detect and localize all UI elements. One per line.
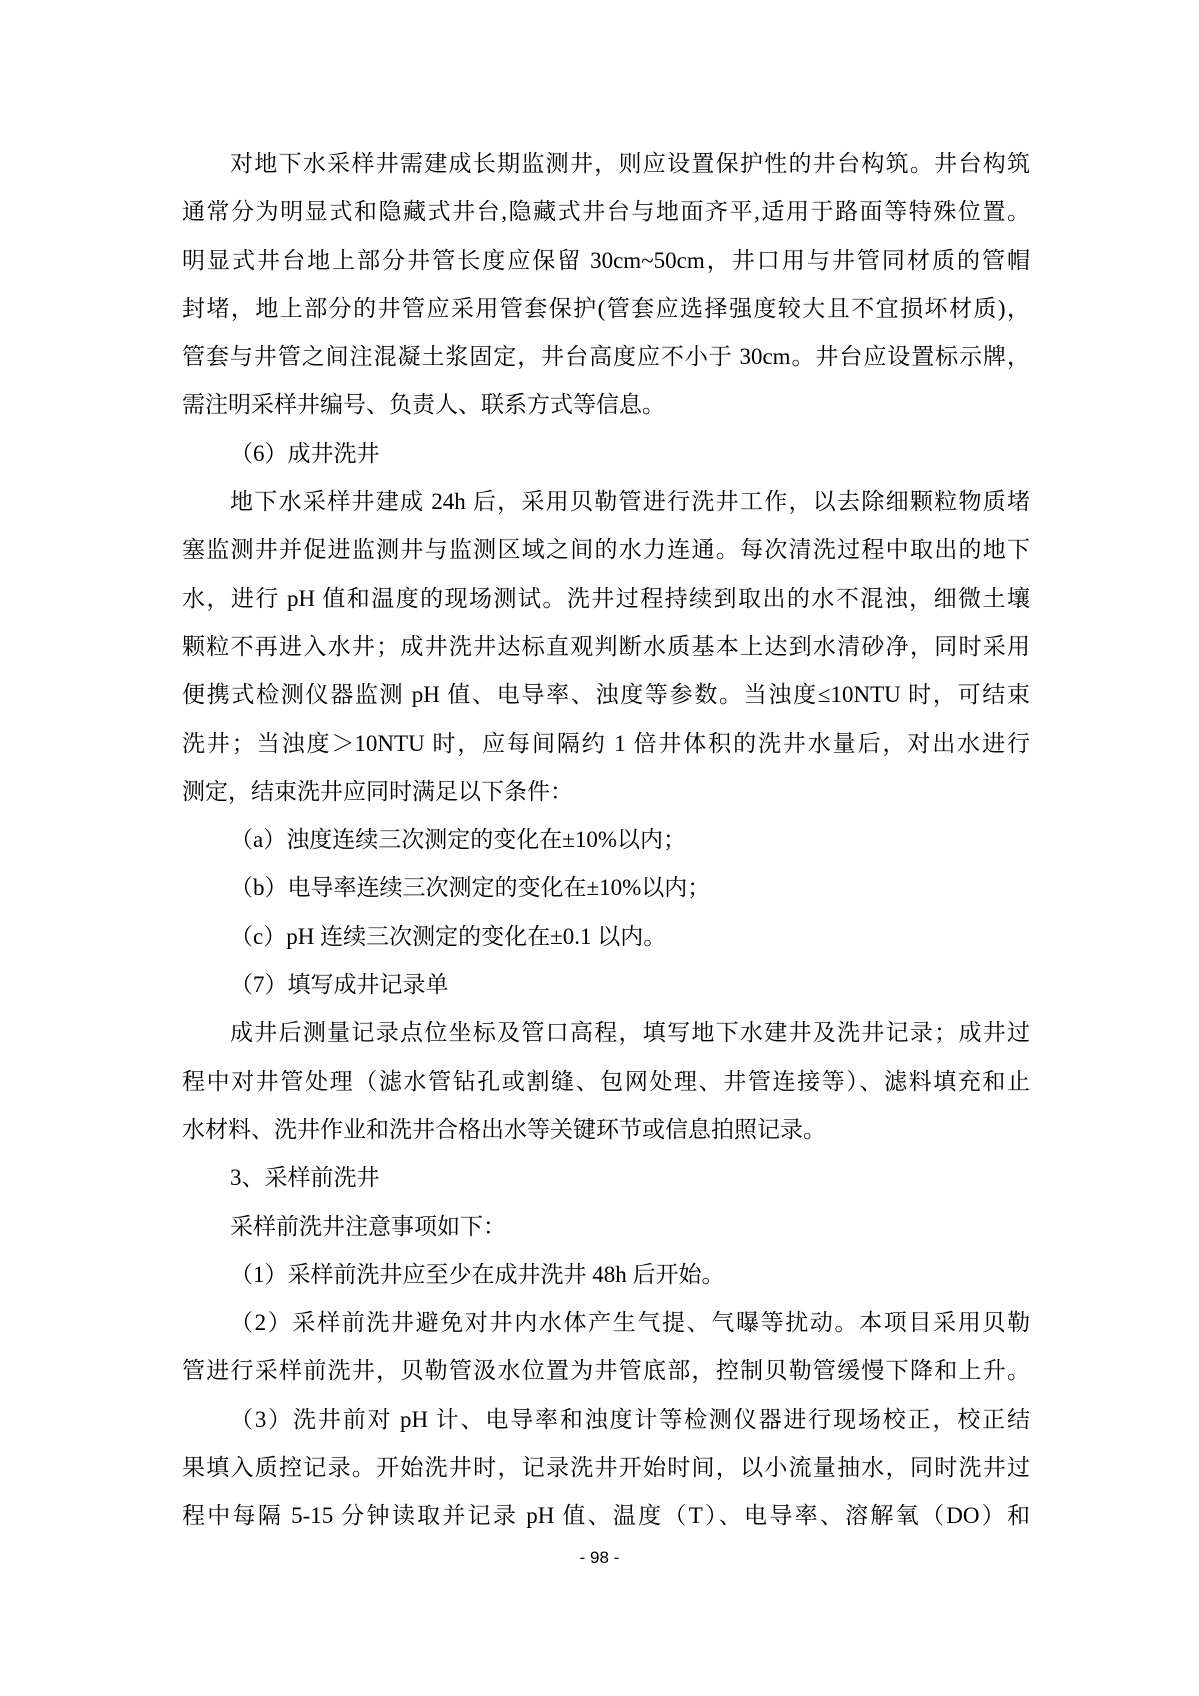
text-line: 颗粒不再进入水井；成井洗井达标直观判断水质基本上达到水清砂净，同时采用 (182, 623, 1030, 671)
text-line: 程中每隔 5-15 分钟读取并记录 pH 值、温度（T）、电导率、溶解氧（DO）… (182, 1492, 1030, 1540)
text-line: 果填入质控记录。开始洗井时，记录洗井开始时间，以小流量抽水，同时洗井过 (182, 1444, 1030, 1492)
list-item: （1）采样前洗井应至少在成井洗井 48h 后开始。 (182, 1251, 1030, 1299)
list-item: （3）洗井前对 pH 计、电导率和浊度计等检测仪器进行现场校正，校正结 (182, 1396, 1030, 1444)
text-line: 便携式检测仪器监测 pH 值、电导率、浊度等参数。当浊度≤10NTU 时，可结束 (182, 671, 1030, 719)
list-item: （b）电导率连续三次测定的变化在±10%以内； (182, 864, 1030, 912)
text-line: 明显式井台地上部分井管长度应保留 30cm~50cm，井口用与井管同材质的管帽 (182, 237, 1030, 285)
section-heading: 3、采样前洗井 (182, 1154, 1030, 1202)
text-line: 通常分为明显式和隐藏式井台,隐藏式井台与地面齐平,适用于路面等特殊位置。 (182, 188, 1030, 236)
list-item: （2）采样前洗井避免对井内水体产生气提、气曝等扰动。本项目采用贝勒 (182, 1299, 1030, 1347)
section-heading: （7）填写成井记录单 (182, 961, 1030, 1009)
text-line: 地下水采样井建成 24h 后，采用贝勒管进行洗井工作，以去除细颗粒物质堵 (182, 478, 1030, 526)
text-line: 管套与井管之间注混凝土浆固定，井台高度应不小于 30cm。井台应设置标示牌， (182, 333, 1030, 381)
text-line: 采样前洗井注意事项如下： (182, 1203, 1030, 1251)
text-line: 程中对井管处理（滤水管钻孔或割缝、包网处理、井管连接等）、滤料填充和止 (182, 1058, 1030, 1106)
section-heading: （6）成井洗井 (182, 430, 1030, 478)
text-line: 水，进行 pH 值和温度的现场测试。洗井过程持续到取出的水不混浊，细微土壤 (182, 575, 1030, 623)
text-line: 水材料、洗井作业和洗井合格出水等关键环节或信息拍照记录。 (182, 1106, 1030, 1154)
text-line: 洗井；当浊度＞10NTU 时，应每间隔约 1 倍井体积的洗井水量后，对出水进行 (182, 720, 1030, 768)
text-line: 需注明采样井编号、负责人、联系方式等信息。 (182, 381, 1030, 429)
text-line: 塞监测井并促进监测井与监测区域之间的水力连通。每次清洗过程中取出的地下 (182, 526, 1030, 574)
text-line: 对地下水采样井需建成长期监测井，则应设置保护性的井台构筑。井台构筑 (182, 140, 1030, 188)
text-line: 测定，结束洗井应同时满足以下条件： (182, 768, 1030, 816)
document-page: 对地下水采样井需建成长期监测井，则应设置保护性的井台构筑。井台构筑 通常分为明显… (0, 0, 1199, 1696)
text-line: 成井后测量记录点位坐标及管口高程，填写地下水建井及洗井记录；成井过 (182, 1009, 1030, 1057)
list-item: （c）pH 连续三次测定的变化在±0.1 以内。 (182, 913, 1030, 961)
text-line: 管进行采样前洗井，贝勒管汲水位置为井管底部，控制贝勒管缓慢下降和上升。 (182, 1347, 1030, 1395)
page-number: - 98 - (0, 1548, 1199, 1568)
text-line: 封堵，地上部分的井管应采用管套保护(管套应选择强度较大且不宜损坏材质)， (182, 285, 1030, 333)
list-item: （a）浊度连续三次测定的变化在±10%以内； (182, 816, 1030, 864)
document-body: 对地下水采样井需建成长期监测井，则应设置保护性的井台构筑。井台构筑 通常分为明显… (182, 140, 1030, 1541)
